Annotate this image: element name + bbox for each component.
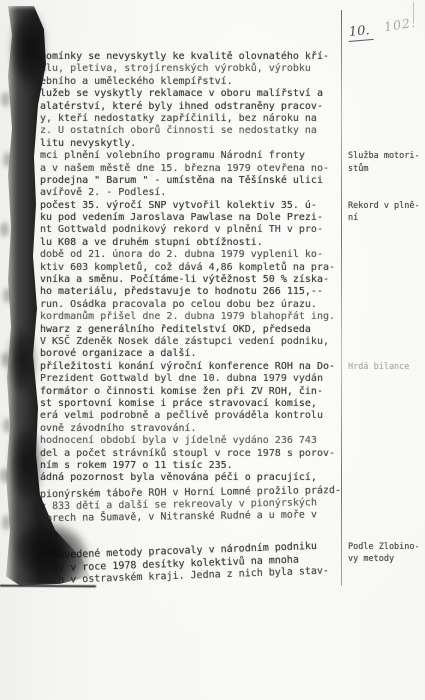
margin-note-line: stům (348, 163, 424, 175)
text-line: a v našem městě dne 15. března 1979 otev… (40, 163, 342, 175)
text-line: borové organizace a další. (40, 348, 342, 360)
text-line: hodnocení období byla v jídelně vydáno 2… (40, 435, 342, 447)
text-line: del a počet strávníků stoupl v roce 1978… (40, 448, 342, 460)
text-line: Prezident Gottwald byl dne 10. dubna 197… (40, 373, 342, 385)
margin-note: Podle Zlobino-vy metody (348, 541, 424, 566)
page-number-typed: 10. (347, 23, 373, 42)
scan-smudge (3, 152, 12, 167)
text-line: mci plnění volebního programu Národní fr… (40, 150, 342, 162)
margin-note-line: Podle Zlobino- (348, 541, 424, 553)
text-line: ebního a uměleckého klempířství. (40, 76, 342, 88)
text-line: ktiv 603 kompletů, což dává 4,86 komplet… (40, 262, 342, 274)
scan-smudge (3, 418, 12, 433)
text-line: kordmanům přišel dne 2. dubna 1979 blaho… (40, 311, 342, 323)
text-line: avířově 2. - Podlesí. (40, 187, 342, 199)
text-line: ním s rokem 1977 o 11 tisíc 235. (40, 460, 342, 472)
text-line: pomínky se nevyskytly ke kvalitě olovnat… (40, 51, 342, 63)
text-line: vníka a směnu. Počítáme-li výtěžnost 50 … (40, 274, 342, 286)
scan-smudge (0, 222, 9, 237)
scan-smudge (0, 468, 9, 483)
text-line: formátor o činnosti komise žen při ZV RO… (40, 386, 342, 398)
margin-note-line: Rekord v plně- (348, 200, 424, 212)
scanned-page: 10. 102. pomínky se nevyskytly ke kvalit… (0, 0, 425, 700)
text-line: nt Gottwald podnikový rekord v plnění TH… (40, 224, 342, 236)
text-line: erá velmi podrobně a pečlivě prováděla k… (40, 410, 342, 422)
scan-smudge (1, 92, 10, 107)
text-line: ádná pozornost byla věnována péči o prac… (40, 472, 342, 484)
text-line: počest 35. výročí SNP vytvořil kolektiv … (40, 200, 342, 212)
page-fold-line (0, 585, 96, 588)
typewritten-text-column: pomínky se nevyskytly ke kvalitě olovnat… (40, 51, 342, 577)
text-line: době od 21. února do 2. dubna 1979 vyple… (40, 249, 342, 261)
text-line: run. Osádka pracovala po celou dobu bez … (40, 299, 342, 311)
margin-note-line: vy metody (348, 553, 424, 565)
page-number-handwritten: 102. (383, 15, 417, 35)
scan-smudge (1, 352, 10, 367)
margin-note: Služba motori-stům (348, 150, 424, 175)
margin-note: Hrdá bilance (348, 361, 424, 373)
text-line: y, kteří nedostatky zapříčinili, bez nár… (40, 113, 342, 125)
text-line: příležitosti konání výroční konference R… (40, 361, 342, 373)
text-line: ovně závodního stravování. (40, 423, 342, 435)
scan-edge-mark (413, 2, 414, 24)
margin-note-line: Služba motori- (348, 150, 424, 162)
text-line: álu, pletiva, strojírenských výrobků, vý… (40, 63, 342, 75)
margin-note-line: Hrdá bilance (348, 361, 424, 373)
scan-smudge (3, 288, 12, 303)
text-line: ku pod vedením Jaroslava Pawlase na Dole… (40, 212, 342, 224)
text-line: prodejna " Barum " - umístěna na Těšínsk… (40, 175, 342, 187)
text-line: lužeb se vyskytly reklamace v oboru malí… (40, 88, 342, 100)
text-line: alatérství, které byly ihned odstraněny … (40, 101, 342, 113)
text-line: z. U ostatních oborů činnosti se nedosta… (40, 125, 342, 137)
text-line: V KSČ Zdeněk Nosek dále zástupci vedení … (40, 336, 342, 348)
scan-smudge (2, 515, 11, 530)
text-line: hwarz z generálního ředitelství OKD, pře… (40, 324, 342, 336)
text-line: st sportovní komise i práce stravovací k… (40, 398, 342, 410)
text-line: litu nevyskytly. (40, 138, 342, 150)
binding-shadow-blot (11, 428, 41, 500)
binding-shadow-blot (12, 12, 44, 84)
binding-shadow-blot (9, 330, 35, 392)
margin-note: Rekord v plně-ní (348, 200, 424, 225)
margin-note-line: ní (348, 212, 424, 224)
text-line: lu K08 a ve druhém stupni obtížnosti. (40, 237, 342, 249)
text-line: ho materiálu, představuje to hodnotu 266… (40, 286, 342, 298)
